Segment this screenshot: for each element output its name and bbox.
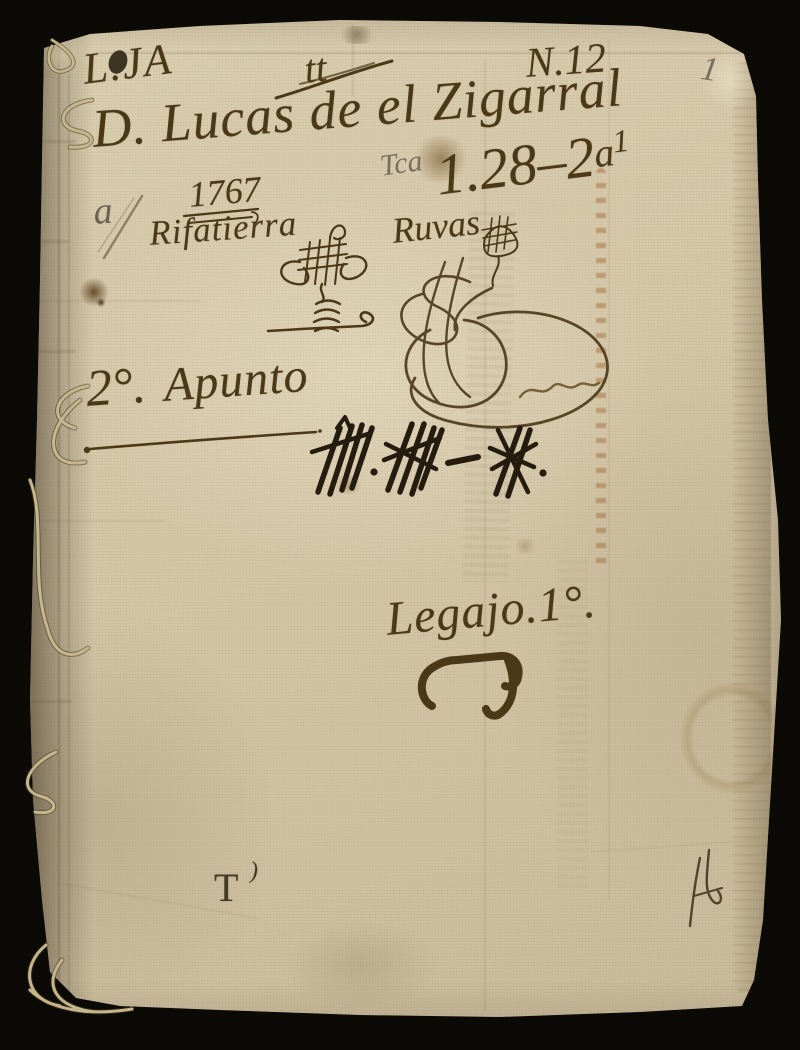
stain-bottom-center	[286, 922, 436, 1010]
t-mark-hook: )	[250, 858, 258, 885]
spine-notch-2	[30, 240, 70, 243]
photo-background: L.JA tt N.12 1 D. Lucas de el Zigarral T…	[0, 0, 800, 1050]
shelf-mark: L.JA	[80, 33, 175, 95]
top-fold-crease	[95, 52, 740, 54]
frayed-corner	[42, 32, 86, 78]
stain-mid	[512, 538, 538, 554]
apunto-word: Apunto	[162, 348, 310, 413]
manuscript-cover: L.JA tt N.12 1 D. Lucas de el Zigarral T…	[0, 0, 800, 1050]
stain-top-edge	[336, 26, 378, 44]
fore-edge	[733, 62, 771, 992]
spine-fold-line-1	[58, 40, 60, 1000]
rust-dot-column	[596, 168, 606, 568]
show-through-column-1	[463, 212, 515, 583]
apunto-ordinal: 2°.	[84, 356, 148, 419]
t-mark: T	[214, 864, 238, 911]
spine-fold-line-2	[68, 44, 70, 999]
ink-dot-left	[96, 298, 106, 307]
letter-a-mark: a	[92, 189, 114, 234]
spine-notch-3	[33, 350, 75, 353]
ring-stain-right	[680, 682, 784, 794]
spine-notch-1	[32, 140, 76, 143]
tca-mark: Tca	[378, 144, 425, 184]
spine-shading	[28, 34, 92, 1009]
spine-notch-4	[30, 700, 72, 703]
stain-below-tallies	[332, 476, 364, 494]
